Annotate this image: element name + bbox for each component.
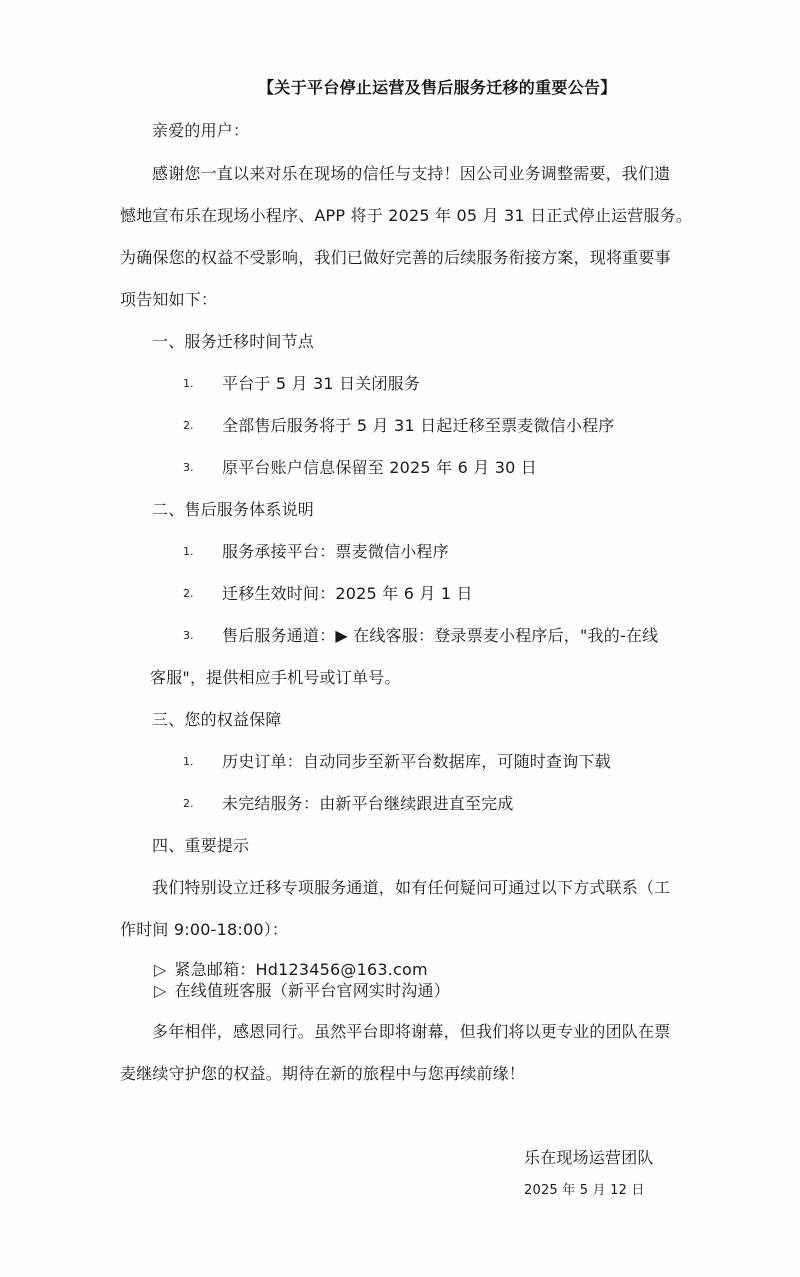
intro-line-3: 为确保您的权益不受影响，我们已做好完善的后续服务衔接方案，现将重要事 bbox=[120, 247, 671, 269]
list-item: 全部售后服务将于 5 月 31 日起迁移至票麦微信小程序 bbox=[222, 415, 614, 437]
list-item: 平台于 5 月 31 日关闭服务 bbox=[222, 373, 420, 395]
list-item: 未完结服务：由新平台继续跟进直至完成 bbox=[222, 793, 514, 815]
contact-paragraph-line-1: 我们特别设立迁移专项服务通道，如有任何疑问可通过以下方式联系（工 bbox=[152, 877, 670, 899]
list-item: 售后服务通道：▶ 在线客服：登录票麦小程序后，"我的-在线 bbox=[222, 625, 658, 647]
intro-line-4: 项告知如下： bbox=[120, 289, 217, 311]
list-item: 历史订单：自动同步至新平台数据库，可随时查询下载 bbox=[222, 751, 611, 773]
list-item: 原平台账户信息保留至 2025 年 6 月 30 日 bbox=[222, 457, 537, 479]
closing-line-2: 麦继续守护您的权益。期待在新的旅程中与您再续前缘！ bbox=[120, 1063, 525, 1085]
section-heading-2: 二、售后服务体系说明 bbox=[152, 499, 314, 521]
section-heading-3: 三、您的权益保障 bbox=[152, 709, 282, 731]
triangle-right-outline-icon: ▷ bbox=[154, 959, 167, 981]
triangle-right-outline-icon: ▷ bbox=[154, 980, 167, 1002]
section-heading-1: 一、服务迁移时间节点 bbox=[152, 331, 314, 353]
section-heading-4: 四、重要提示 bbox=[152, 835, 249, 857]
closing-line-1: 多年相伴，感恩同行。虽然平台即将谢幕，但我们将以更专业的团队在票 bbox=[152, 1021, 670, 1043]
list-number: 2. bbox=[183, 583, 194, 605]
list-number: 3. bbox=[183, 457, 194, 479]
contact-paragraph-line-2: 作时间 9:00-18:00）： bbox=[120, 919, 288, 941]
list-number: 1. bbox=[183, 373, 194, 395]
list-number: 2. bbox=[183, 793, 194, 815]
contact-email-text: 紧急邮箱：Hd123456@163.com bbox=[175, 960, 428, 979]
intro-line-2: 憾地宣布乐在现场小程序、APP 将于 2025 年 05 月 31 日正式停止运… bbox=[120, 205, 692, 227]
contact-online-service: ▷在线值班客服（新平台官网实时沟通） bbox=[154, 980, 450, 1002]
list-number: 3. bbox=[183, 625, 194, 647]
list-item: 迁移生效时间：2025 年 6 月 1 日 bbox=[222, 583, 473, 605]
contact-online-service-text: 在线值班客服（新平台官网实时沟通） bbox=[175, 981, 450, 1000]
list-item: 服务承接平台：票麦微信小程序 bbox=[222, 541, 449, 563]
list-item-continuation: 客服"，提供相应手机号或订单号。 bbox=[150, 667, 401, 689]
greeting: 亲爱的用户： bbox=[152, 120, 249, 142]
contact-email: ▷紧急邮箱：Hd123456@163.com bbox=[154, 959, 428, 981]
document-title: 【关于平台停止运营及售后服务迁移的重要公告】 bbox=[258, 76, 604, 100]
signature-team: 乐在现场运营团队 bbox=[524, 1147, 654, 1169]
list-number: 2. bbox=[183, 415, 194, 437]
list-number: 1. bbox=[183, 751, 194, 773]
list-number: 1. bbox=[183, 541, 194, 563]
intro-line-1: 感谢您一直以来对乐在现场的信任与支持！因公司业务调整需要，我们遗 bbox=[152, 163, 670, 185]
signature-date: 2025 年 5 月 12 日 bbox=[524, 1180, 645, 1202]
